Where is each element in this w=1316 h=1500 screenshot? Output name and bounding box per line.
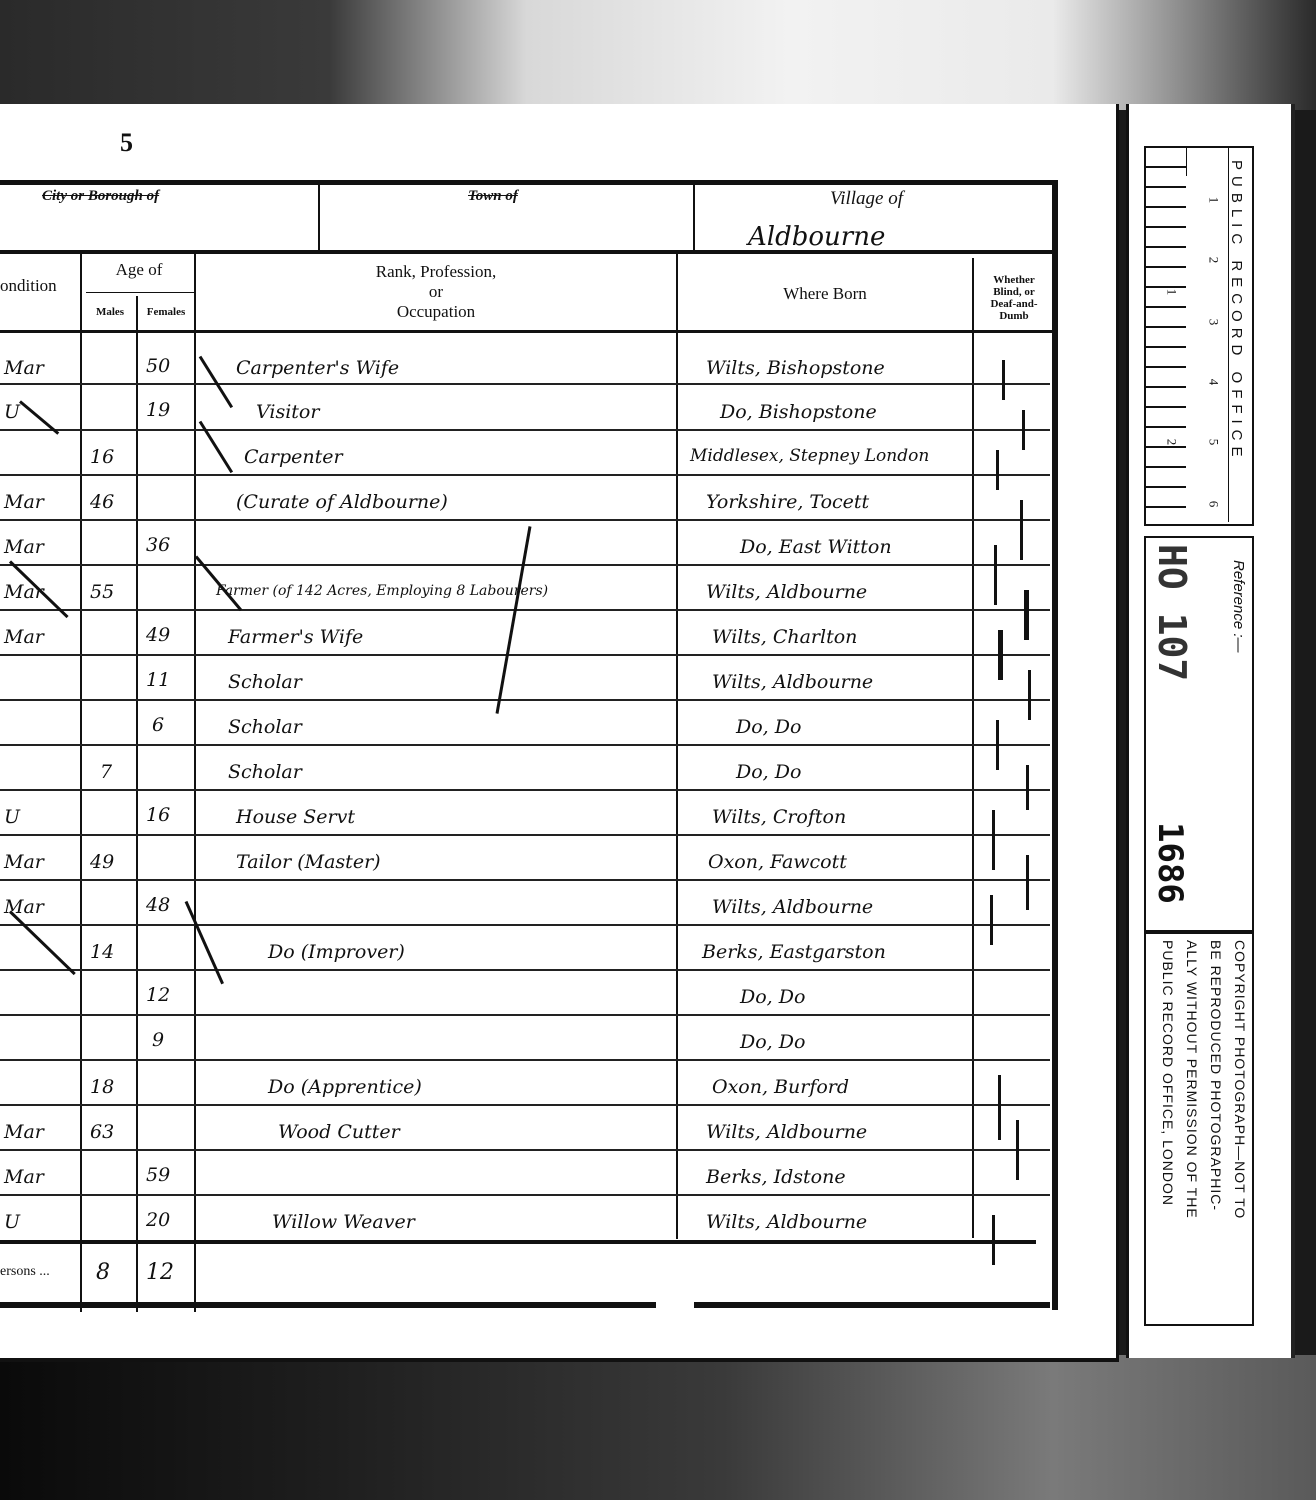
- table-row: U 19 Visitor Do, Bishopstone: [0, 387, 1054, 431]
- row-where-born: Do, Do: [740, 986, 805, 1008]
- scanner-background-top: [0, 0, 1316, 110]
- row-condition: Mar: [4, 491, 44, 513]
- row-occupation: Carpenter: [244, 446, 343, 468]
- tally-mark: [996, 720, 999, 770]
- ruler-tick: [1146, 286, 1186, 288]
- totals-females: 12: [146, 1260, 174, 1285]
- tally-mark: [1016, 1120, 1019, 1180]
- ruler-tick: [1146, 386, 1186, 388]
- row-where-born: Middlesex, Stepney London: [690, 446, 929, 466]
- village-value: Aldbourne: [748, 222, 885, 252]
- row-rule: [0, 654, 1050, 656]
- row-rule: [0, 429, 1050, 431]
- row-rule: [0, 474, 1050, 476]
- table-row: 11 Scholar Wilts, Aldbourne: [0, 657, 1054, 701]
- blind-header-line4: Dumb: [974, 310, 1054, 322]
- tally-mark: [1028, 670, 1031, 720]
- row-condition: Mar: [4, 357, 44, 379]
- table-row: 12 Do, Do: [0, 972, 1054, 1016]
- town-label: Town of: [468, 188, 518, 205]
- row-where-born: Berks, Idstone: [706, 1166, 846, 1188]
- row-occupation: House Servt: [236, 806, 355, 828]
- row-condition: U: [4, 1211, 20, 1233]
- row-where-born: Wilts, Crofton: [712, 806, 846, 828]
- reference-piece: 1686: [1150, 822, 1190, 904]
- tally-mark: [998, 1075, 1001, 1140]
- ruler-cm-5: 5: [1205, 439, 1221, 446]
- row-where-born: Wilts, Aldbourne: [706, 1121, 867, 1143]
- ruler-cm-3: 3: [1205, 319, 1221, 326]
- row-rule: [0, 969, 1050, 971]
- tally-mark: [992, 1215, 995, 1265]
- table-row: 18 Do (Apprentice) Oxon, Burford: [0, 1062, 1054, 1106]
- table-row: 14 Do (Improver) Berks, Eastgarston: [0, 927, 1054, 971]
- tally-mark: [1024, 590, 1029, 640]
- ruler-cm-6: 6: [1205, 501, 1221, 508]
- reference-label: Reference :—: [1230, 560, 1247, 653]
- row-where-born: Do, Do: [740, 1031, 805, 1053]
- ruler-tick: [1146, 466, 1186, 468]
- row-occupation: Farmer's Wife: [228, 626, 363, 648]
- ruler-inch-1: 1: [1163, 289, 1179, 296]
- table-row: Mar 63 Wood Cutter Wilts, Aldbourne: [0, 1107, 1054, 1151]
- tally-mark: [996, 450, 999, 490]
- row-condition: U: [4, 806, 20, 828]
- row-where-born: Do, East Witton: [740, 536, 892, 558]
- tally-mark: [1022, 410, 1025, 450]
- scanner-background-bottom: [0, 1355, 1316, 1500]
- ruler-tick: [1146, 446, 1186, 448]
- entries-bottom-rule: [0, 1240, 1036, 1244]
- row-female-age: 6: [152, 714, 164, 736]
- tally-mark: [998, 630, 1003, 680]
- col-header-where-born: Where Born: [678, 284, 972, 304]
- age-subrule: [86, 292, 194, 293]
- table-row: 7 Scholar Do, Do: [0, 747, 1054, 791]
- row-rule: [0, 699, 1050, 701]
- row-occupation: Scholar: [228, 716, 302, 738]
- tally-mark: [1026, 765, 1029, 810]
- row-condition: Mar: [4, 896, 44, 918]
- ruler-inch-2: 2: [1163, 439, 1179, 446]
- row-male-age: 49: [90, 851, 114, 873]
- column-header-rule: [0, 330, 1054, 333]
- row-where-born: Oxon, Fawcott: [708, 851, 847, 873]
- ruler-cm-4: 4: [1205, 379, 1221, 386]
- row-female-age: 20: [146, 1209, 170, 1231]
- ruler-tick: [1146, 426, 1186, 428]
- row-male-age: 14: [90, 941, 114, 963]
- row-occupation: Tailor (Master): [236, 851, 381, 873]
- row-male-age: 63: [90, 1121, 114, 1143]
- row-rule: [0, 1059, 1050, 1061]
- col-header-age: Age of: [84, 260, 194, 280]
- row-condition: Mar: [4, 1166, 44, 1188]
- table-row: Mar 46 (Curate of Aldbourne) Yorkshire, …: [0, 477, 1054, 521]
- row-female-age: 50: [146, 355, 170, 377]
- row-female-age: 19: [146, 399, 170, 421]
- row-rule: [0, 924, 1050, 926]
- table-row: Mar 48 Wilts, Aldbourne: [0, 882, 1054, 926]
- row-where-born: Do, Bishopstone: [720, 401, 877, 423]
- tally-mark: [1020, 500, 1023, 560]
- ruler-tick: [1146, 506, 1186, 508]
- row-occupation: Carpenter's Wife: [236, 357, 399, 379]
- header-divider-1: [318, 183, 320, 251]
- tally-mark: [1002, 360, 1005, 400]
- row-male-age: 16: [90, 446, 114, 468]
- row-condition: Mar: [4, 626, 44, 648]
- row-occupation: Scholar: [228, 671, 302, 693]
- ruler-tick: [1146, 366, 1186, 368]
- row-male-age: 46: [90, 491, 114, 513]
- ruler-guide: [1186, 146, 1187, 176]
- table-row: Mar 55 Farmer (of 142 Acres, Employing 8…: [0, 567, 1054, 611]
- row-rule: [0, 834, 1050, 836]
- row-condition: U: [4, 401, 20, 423]
- ruler-title: PUBLIC RECORD OFFICE: [1228, 160, 1245, 463]
- row-condition: Mar: [4, 581, 44, 603]
- row-rule: [0, 564, 1050, 566]
- row-where-born: Wilts, Charlton: [712, 626, 857, 648]
- ruler-tick: [1146, 306, 1186, 308]
- col-header-blind: Whether Blind, or Deaf-and- Dumb: [974, 274, 1054, 322]
- row-occupation: Do (Apprentice): [268, 1076, 422, 1098]
- row-occupation: Visitor: [256, 401, 319, 423]
- table-row: U 16 House Servt Wilts, Crofton: [0, 792, 1054, 836]
- tally-mark: [1026, 855, 1029, 910]
- tally-mark: [990, 895, 993, 945]
- village-label: Village of: [830, 188, 903, 210]
- ruler-tick: [1146, 266, 1186, 268]
- row-where-born: Berks, Eastgarston: [702, 941, 886, 963]
- totals-bottom-rule-left: [0, 1302, 656, 1308]
- ruler-tick: [1146, 206, 1186, 208]
- row-occupation: Scholar: [228, 761, 302, 783]
- blind-header-line1: Whether: [974, 274, 1054, 286]
- header-divider-2: [693, 183, 695, 251]
- row-where-born: Wilts, Aldbourne: [706, 1211, 867, 1233]
- row-occupation: Wood Cutter: [278, 1121, 400, 1143]
- header-bottom-rule: [0, 250, 1058, 254]
- row-occupation: Willow Weaver: [272, 1211, 415, 1233]
- tally-mark: [992, 810, 995, 870]
- copyright-line-1: COPYRIGHT PHOTOGRAPH—NOT TO: [1232, 940, 1248, 1219]
- table-row: 6 Scholar Do, Do: [0, 702, 1054, 746]
- row-where-born: Wilts, Aldbourne: [712, 896, 873, 918]
- row-female-age: 16: [146, 804, 170, 826]
- copyright-line-4: PUBLIC RECORD OFFICE, LONDON: [1160, 940, 1176, 1206]
- row-rule: [0, 1149, 1050, 1151]
- header-top-rule: [0, 180, 1058, 185]
- row-condition: Mar: [4, 1121, 44, 1143]
- row-male-age: 18: [90, 1076, 114, 1098]
- row-where-born: Oxon, Burford: [712, 1076, 849, 1098]
- row-occupation: Do (Improver): [268, 941, 405, 963]
- occupation-header-line2: or: [196, 282, 676, 302]
- totals-males: 8: [96, 1260, 110, 1285]
- row-rule: [0, 1104, 1050, 1106]
- table-row: Mar 49 Tailor (Master) Oxon, Fawcott: [0, 837, 1054, 881]
- copyright-line-3: ALLY WITHOUT PERMISSION OF THE: [1184, 940, 1200, 1219]
- table-row: Mar 59 Berks, Idstone: [0, 1152, 1054, 1196]
- row-condition: Mar: [4, 851, 44, 873]
- copyright-line-2: BE REPRODUCED PHOTOGRAPHIC-: [1208, 940, 1224, 1211]
- row-female-age: 12: [146, 984, 170, 1006]
- reference-series: HO 107: [1150, 544, 1194, 681]
- row-occupation: Farmer (of 142 Acres, Employing 8 Labour…: [216, 583, 548, 599]
- row-male-age: 7: [100, 761, 112, 783]
- row-rule: [0, 519, 1050, 521]
- ruler-tick: [1146, 406, 1186, 408]
- table-row: Mar 49 Farmer's Wife Wilts, Charlton: [0, 612, 1054, 656]
- ruler-tick: [1146, 166, 1186, 168]
- tally-mark: [994, 545, 997, 605]
- ruler-cm-2: 2: [1205, 257, 1221, 264]
- ruler-tick: [1146, 186, 1186, 188]
- page-number: 5: [120, 128, 133, 158]
- row-female-age: 11: [146, 669, 170, 691]
- col-header-condition: ondition: [0, 276, 57, 296]
- row-female-age: 9: [152, 1029, 164, 1051]
- ruler-guide: [1228, 146, 1229, 522]
- col-header-males: Males: [84, 306, 136, 318]
- row-female-age: 48: [146, 894, 170, 916]
- row-condition: Mar: [4, 536, 44, 558]
- row-where-born: Do, Do: [736, 716, 801, 738]
- ruler-tick: [1146, 246, 1186, 248]
- totals-bottom-rule-right: [694, 1302, 1050, 1308]
- row-rule: [0, 789, 1050, 791]
- row-rule: [0, 609, 1050, 611]
- table-row: 9 Do, Do: [0, 1017, 1054, 1061]
- ruler-cm-1: 1: [1205, 197, 1221, 204]
- row-male-age: 55: [90, 581, 114, 603]
- row-rule: [0, 1014, 1050, 1016]
- row-occupation: (Curate of Aldbourne): [236, 491, 448, 513]
- ruler-tick: [1146, 226, 1186, 228]
- table-row: Mar 50 Carpenter's Wife Wilts, Bishopsto…: [0, 343, 1054, 387]
- row-female-age: 36: [146, 534, 170, 556]
- city-borough-label: City or Borough of: [42, 188, 159, 205]
- col-header-females: Females: [138, 306, 194, 318]
- occupation-header-line3: Occupation: [196, 302, 676, 322]
- table-row: U 20 Willow Weaver Wilts, Aldbourne: [0, 1197, 1054, 1241]
- row-where-born: Yorkshire, Tocett: [706, 491, 869, 513]
- col-header-occupation: Rank, Profession, or Occupation: [196, 262, 676, 322]
- row-female-age: 49: [146, 624, 170, 646]
- row-rule: [0, 744, 1050, 746]
- row-female-age: 59: [146, 1164, 170, 1186]
- occupation-header-line1: Rank, Profession,: [196, 262, 676, 282]
- ruler-tick: [1146, 326, 1186, 328]
- table-row: 16 Carpenter Middlesex, Stepney London: [0, 432, 1054, 476]
- ruler-tick: [1146, 346, 1186, 348]
- blind-header-line2: Blind, or: [974, 286, 1054, 298]
- ruler-tick: [1146, 486, 1186, 488]
- row-rule: [0, 879, 1050, 881]
- totals-label: ersons ...: [0, 1264, 50, 1280]
- row-rule: [0, 383, 1050, 385]
- blind-header-line3: Deaf-and-: [974, 298, 1054, 310]
- row-rule: [0, 1194, 1050, 1196]
- row-where-born: Do, Do: [736, 761, 801, 783]
- row-where-born: Wilts, Aldbourne: [712, 671, 873, 693]
- row-where-born: Wilts, Aldbourne: [706, 581, 867, 603]
- row-where-born: Wilts, Bishopstone: [706, 357, 885, 379]
